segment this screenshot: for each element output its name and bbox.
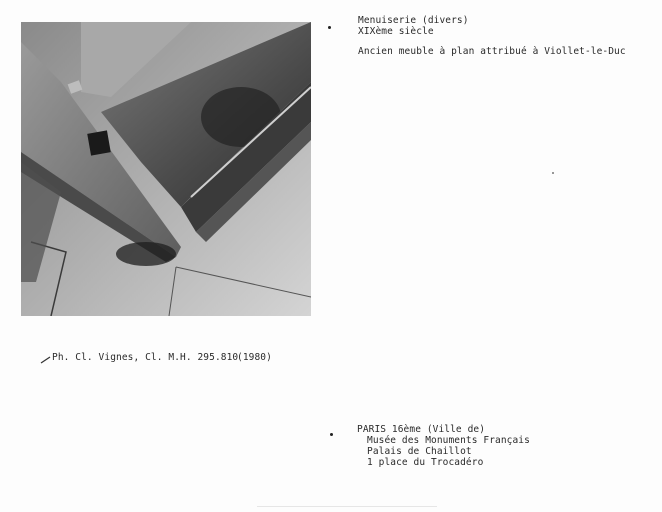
photo-year: (1980): [237, 352, 272, 363]
century-label: XIXème siècle: [358, 26, 434, 37]
description-label: Ancien meuble à plan attribué à Viollet-…: [358, 46, 626, 57]
speck-mark: [552, 172, 554, 174]
location-museum: Musée des Monuments Français: [367, 435, 530, 446]
photo-credit: Ph. Cl. Vignes, Cl. M.H. 295.810: [52, 352, 238, 363]
location-city: PARIS 16ème (Ville de): [357, 424, 485, 435]
pen-mark-icon: [40, 354, 52, 364]
furniture-photo-illustration: [21, 22, 311, 316]
bullet-marker: [328, 26, 331, 29]
scan-edge-line: [257, 506, 437, 507]
location-building: Palais de Chaillot: [367, 446, 472, 457]
category-label: Menuiserie (divers): [358, 15, 469, 26]
location-address: 1 place du Trocadéro: [367, 457, 483, 468]
bullet-marker: [330, 433, 333, 436]
photograph: [21, 22, 311, 316]
